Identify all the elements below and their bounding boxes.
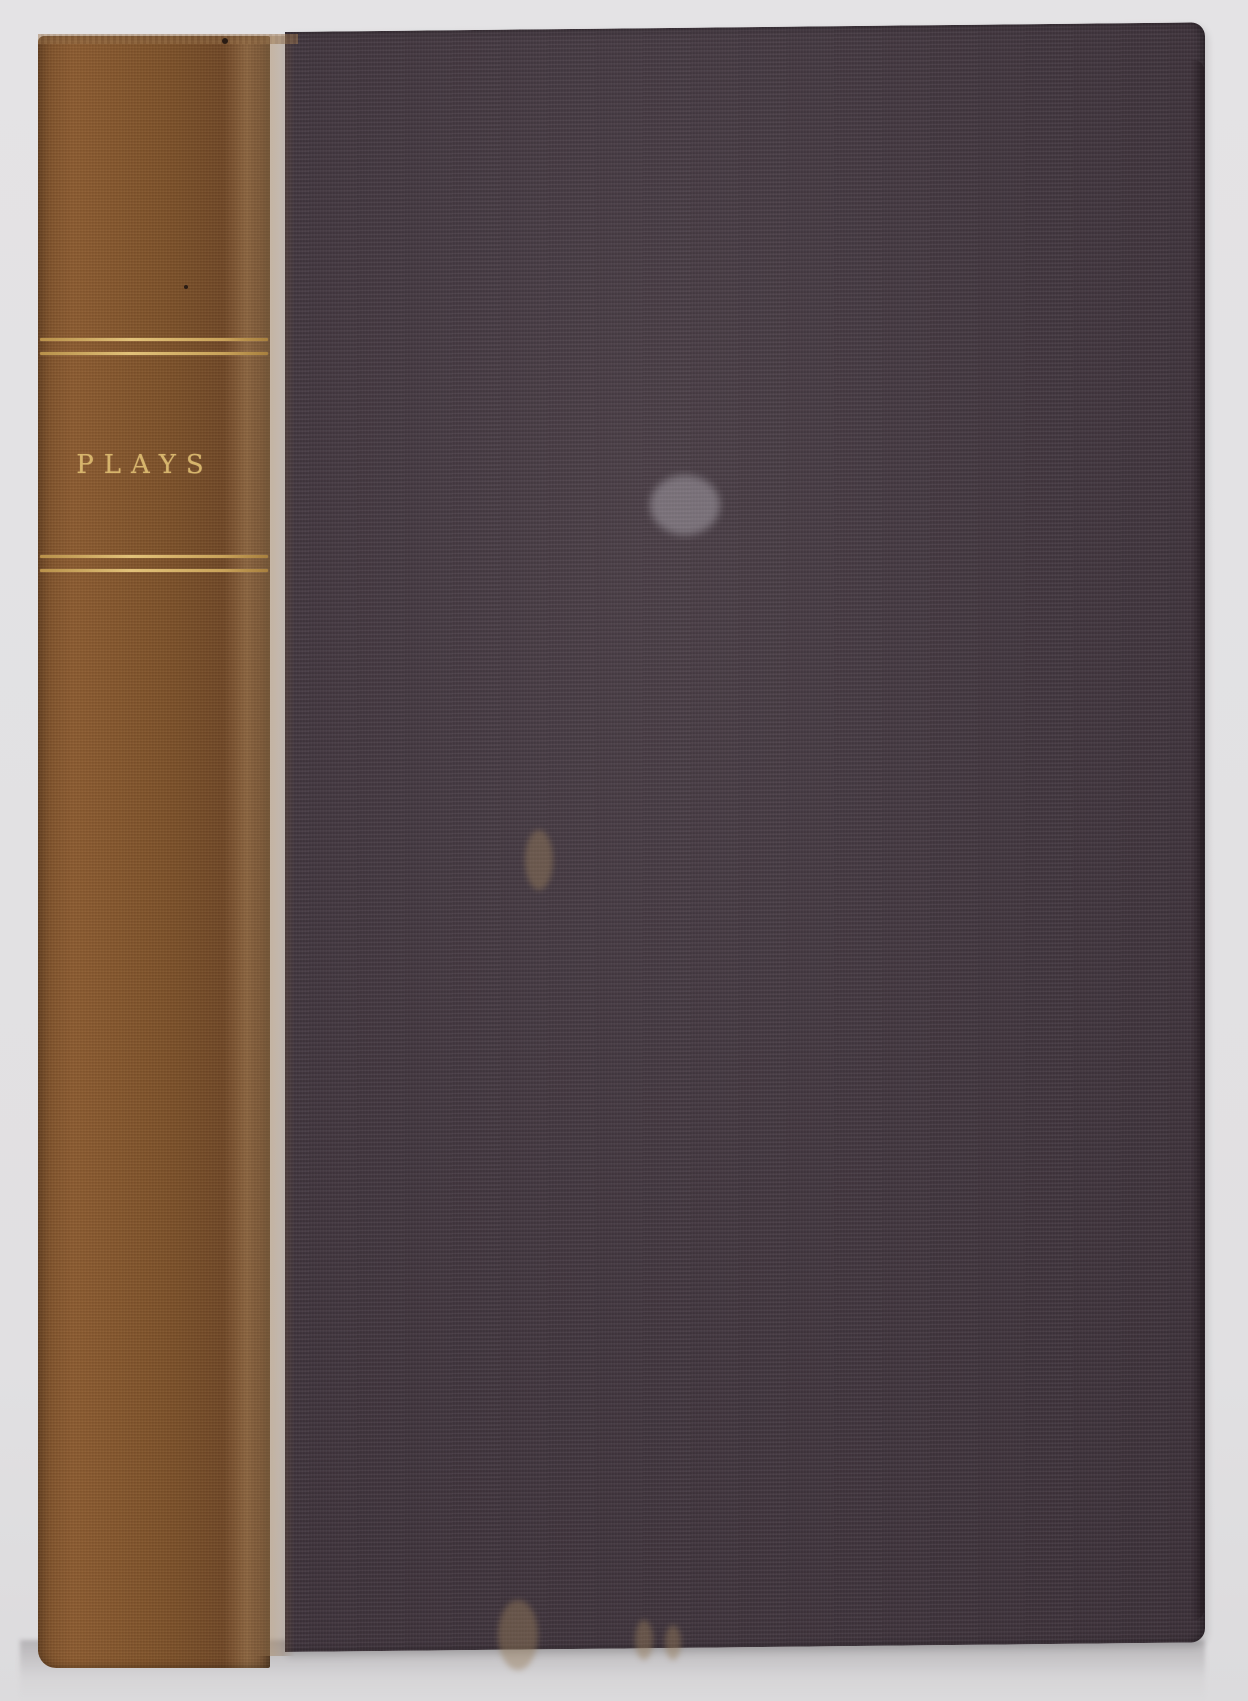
spine-spot: [184, 285, 188, 289]
cover-scuff: [650, 475, 720, 535]
book: PLAYS: [0, 0, 1248, 1701]
spine-title: PLAYS: [60, 450, 230, 480]
cover-bottom-spot-2: [665, 1625, 681, 1660]
cover-bottom-spot: [635, 1620, 653, 1660]
gilt-band-bottom-2: [40, 569, 268, 572]
spine: [38, 36, 270, 1668]
spine-joint: [255, 36, 295, 1656]
front-cover: [285, 22, 1205, 1652]
gilt-band-bottom-1: [40, 555, 268, 558]
cover-fore-edge-shadow: [1190, 60, 1204, 1620]
gilt-band-top-1: [40, 338, 268, 341]
gilt-band-top-2: [40, 352, 268, 355]
cover-bottom-wear: [498, 1600, 538, 1670]
cover-stain: [525, 830, 553, 890]
spine-head-tear: [222, 38, 228, 44]
